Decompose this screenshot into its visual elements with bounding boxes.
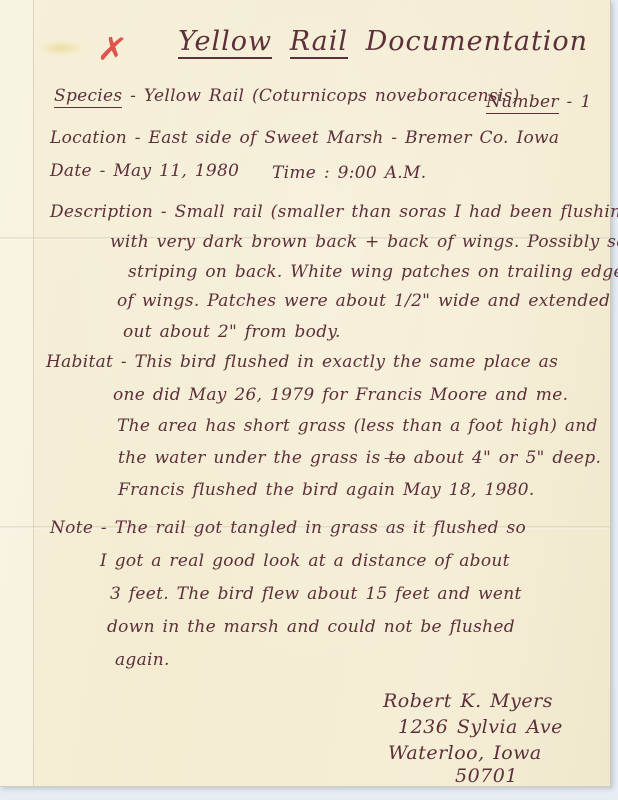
note-label: Note bbox=[50, 518, 93, 538]
description-line-4: of wings. Patches were about 1/2" wide a… bbox=[117, 291, 610, 311]
note-line-4: down in the marsh and could not be flush… bbox=[107, 617, 515, 637]
date-row: Date - May 11, 1980 bbox=[50, 161, 239, 181]
number-value: 1 bbox=[580, 92, 591, 112]
signature-address-2: Waterloo, Iowa bbox=[388, 742, 542, 764]
habitat-dash: - bbox=[121, 352, 127, 372]
number-dash: - bbox=[567, 92, 573, 112]
note-line-5: again. bbox=[115, 650, 170, 670]
description-line-1: Small rail (smaller than soras I had bee… bbox=[175, 202, 618, 222]
signature-zip: 50701 bbox=[455, 765, 518, 787]
habitat-line-5: Francis flushed the bird again May 18, 1… bbox=[118, 480, 535, 500]
location-row: Location - East side of Sweet Marsh - Br… bbox=[50, 128, 559, 148]
time-value: 9:00 A.M. bbox=[338, 163, 427, 183]
location-label: Location bbox=[50, 128, 127, 148]
time-colon: : bbox=[324, 163, 330, 183]
description-label: Description bbox=[50, 202, 153, 222]
date-dash: - bbox=[100, 161, 106, 181]
date-label: Date bbox=[50, 161, 92, 181]
signature-name: Robert K. Myers bbox=[383, 690, 553, 712]
species-row: Species - Yellow Rail (Coturnicops noveb… bbox=[54, 86, 520, 106]
description-line-3: striping on back. White wing patches on … bbox=[128, 262, 618, 282]
habitat-line-2: one did May 26, 1979 for Francis Moore a… bbox=[113, 385, 568, 405]
time-label: Time bbox=[272, 163, 316, 183]
habitat-line-3: The area has short grass (less than a fo… bbox=[117, 416, 598, 436]
description-dash: - bbox=[161, 202, 167, 222]
left-fold-edge bbox=[0, 0, 34, 786]
species-label: Species bbox=[54, 86, 122, 108]
habitat-line-4: the water under the grass is t̶o̶ about … bbox=[118, 448, 601, 468]
habitat-label: Habitat bbox=[46, 352, 113, 372]
paper-stain bbox=[38, 40, 84, 56]
description-line-2: with very dark brown back + back of wing… bbox=[110, 232, 618, 252]
location-value: East side of Sweet Marsh - Bremer Co. Io… bbox=[149, 128, 560, 148]
time-row: Time : 9:00 A.M. bbox=[272, 163, 426, 183]
page-title: Yellow Rail Documentation bbox=[178, 26, 588, 57]
note-heading-line: Note - The rail got tangled in grass as … bbox=[50, 518, 526, 538]
species-dash: - bbox=[130, 86, 136, 106]
note-dash: - bbox=[101, 518, 107, 538]
red-check-mark: ✗ bbox=[95, 28, 129, 72]
number-label: Number bbox=[486, 92, 559, 114]
location-dash: - bbox=[135, 128, 141, 148]
note-line-2: I got a real good look at a distance of … bbox=[100, 551, 510, 571]
habitat-line-1: This bird flushed in exactly the same pl… bbox=[135, 352, 558, 372]
note-line-3: 3 feet. The bird flew about 15 feet and … bbox=[110, 584, 522, 604]
title-word-yellow: Yellow bbox=[178, 26, 272, 59]
species-value: Yellow Rail (Coturnicops noveboracensis) bbox=[144, 86, 520, 106]
description-line-5: out about 2" from body. bbox=[123, 322, 341, 342]
date-value: May 11, 1980 bbox=[113, 161, 239, 181]
note-line-1: The rail got tangled in grass as it flus… bbox=[115, 518, 526, 538]
scanned-document: ✗ Yellow Rail Documentation Species - Ye… bbox=[0, 0, 618, 800]
title-word-documentation: Documentation bbox=[366, 26, 588, 57]
title-word-rail: Rail bbox=[290, 26, 348, 59]
paper-sheet: ✗ Yellow Rail Documentation Species - Ye… bbox=[0, 0, 611, 787]
signature-address-1: 1236 Sylvia Ave bbox=[398, 716, 563, 738]
number-row: Number - 1 bbox=[486, 92, 591, 112]
habitat-heading-line: Habitat - This bird flushed in exactly t… bbox=[46, 352, 558, 372]
description-heading-line: Description - Small rail (smaller than s… bbox=[50, 202, 618, 222]
